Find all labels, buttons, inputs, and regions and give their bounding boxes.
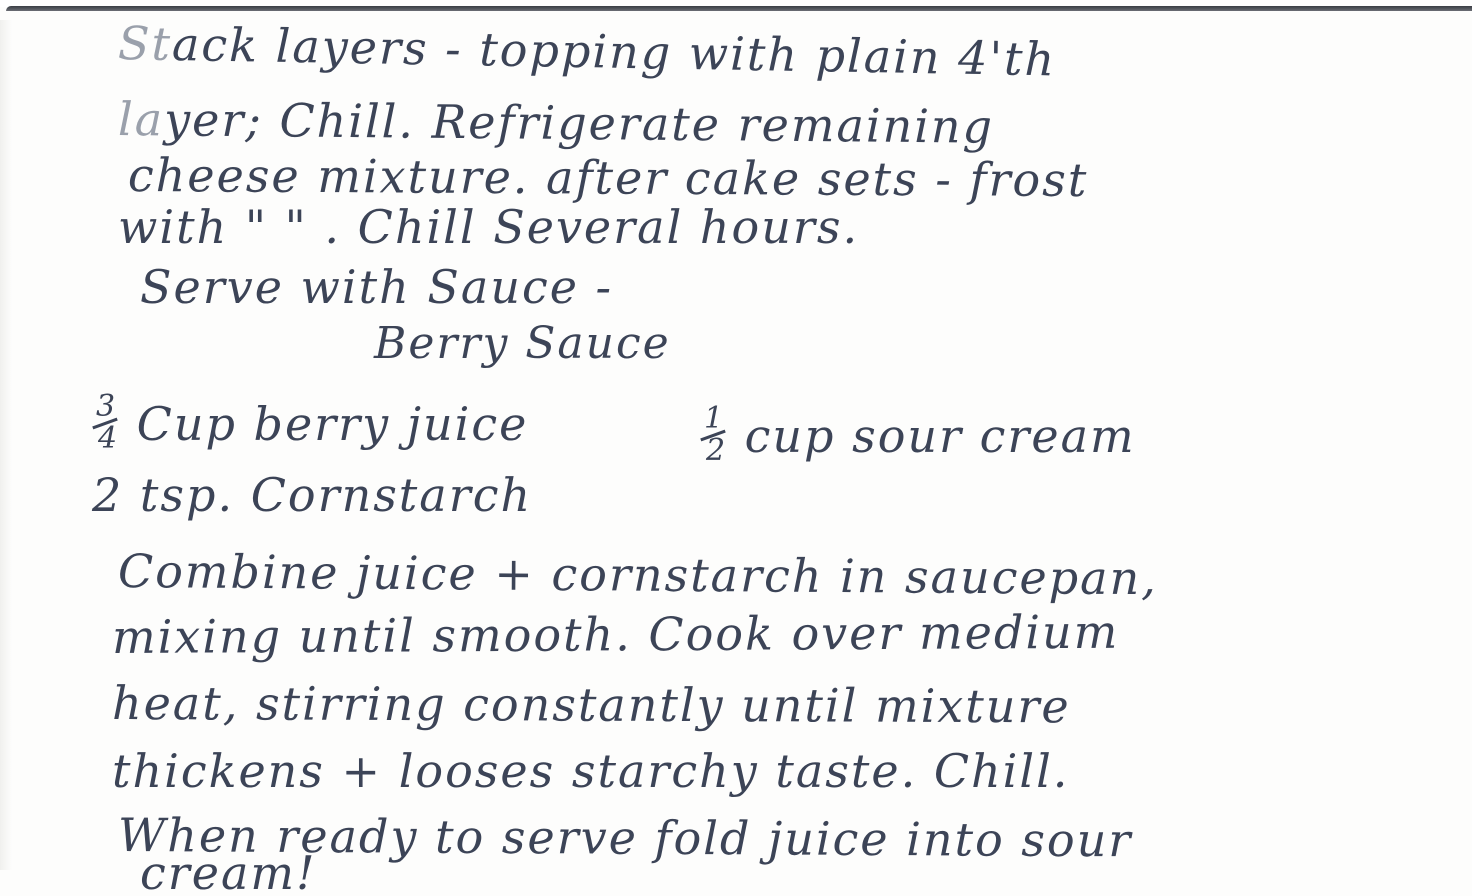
instruction-line-2: layer; Chill. Refrigerate remaining [118, 96, 994, 150]
direction-line-2: mixing until smooth. Cook over medium [112, 609, 1120, 660]
ingredient-sour-cream: 1 2 cup sour cream [700, 410, 1136, 470]
ingredient-berry-juice: 3 4 Cup berry juice [92, 398, 528, 458]
instruction-line-1: Stack layers - topping with plain 4'th [118, 20, 1057, 82]
instruction-line-3: cheese mixture. after cake sets - frost [128, 152, 1089, 203]
instruction-line-5: Serve with Sauce - [140, 264, 613, 310]
fraction: 1 2 [700, 410, 728, 470]
direction-line-3: heat, stirring constantly until mixture [112, 680, 1071, 729]
direction-line-4: thickens + looses starchy taste. Chill. [112, 748, 1069, 794]
recipe-card: Stack layers - topping with plain 4'th l… [0, 0, 1472, 896]
fraction: 3 4 [92, 398, 120, 458]
faded-text: la [118, 92, 165, 146]
sauce-title: Berry Sauce [374, 322, 671, 366]
card-left-edge [0, 20, 12, 870]
ingredient-cornstarch: 2 tsp. Cornstarch [92, 472, 532, 518]
faded-text: St [118, 16, 173, 71]
direction-line-6: cream! [140, 850, 317, 896]
direction-line-1: Combine juice + cornstarch in saucepan, [118, 548, 1158, 601]
card-top-edge [6, 6, 1472, 11]
instruction-line-4: with " " . Chill Several hours. [118, 204, 859, 250]
